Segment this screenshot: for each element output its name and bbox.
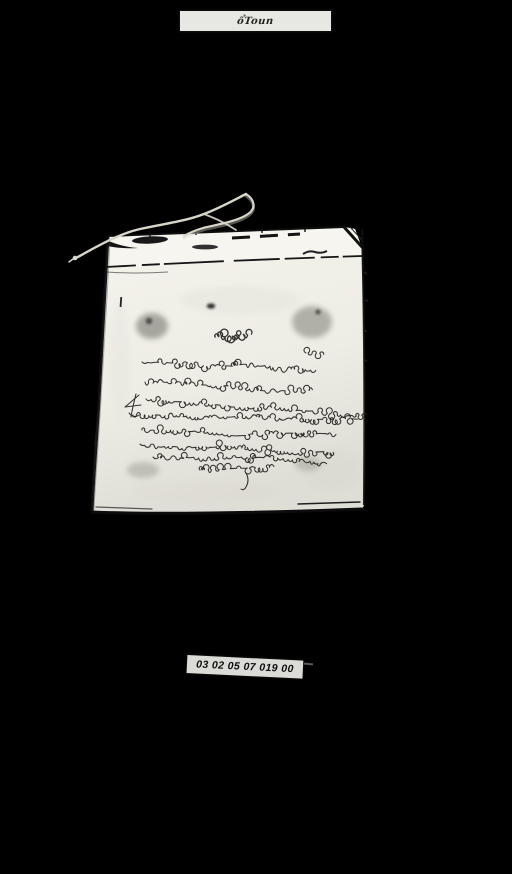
cord-loop: [184, 194, 254, 236]
stain-bottom-left: [127, 462, 159, 478]
cord-fray: [69, 259, 73, 262]
shelfmark-text: 03 02 05 07 019 00: [196, 658, 294, 675]
ink-blob-center: [207, 303, 215, 308]
photo-stage: ổToun: [0, 0, 512, 874]
ink-stain-top-left-speck: [146, 318, 152, 324]
manuscript-photo: [0, 0, 512, 874]
ink-stain-top-right: [292, 306, 332, 338]
ink-stain-top-right-speck: [315, 309, 320, 314]
ink-stain-top-left: [136, 313, 168, 339]
